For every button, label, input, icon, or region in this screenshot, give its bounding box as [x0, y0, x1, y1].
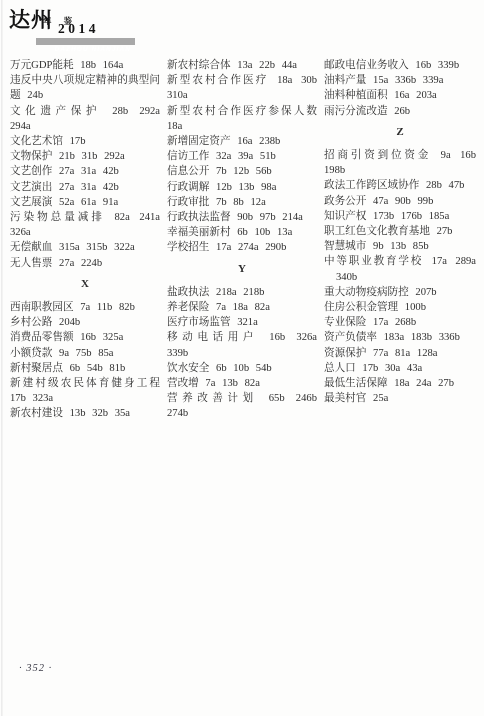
index-entry-line: 雨污分流改造 26b [324, 104, 476, 119]
section-letter: X [10, 277, 160, 292]
index-entry-line: 新型农村合作医疗参保人数 [167, 104, 317, 119]
index-entry-line: 重大动物疫病防控 207b [324, 285, 476, 300]
index-entry-line: 310a [167, 88, 317, 103]
index-column-3: 邮政电信业务收入 16b 339b油料产量 15a 336b 339a油料种植面… [324, 58, 476, 406]
section-letter: Z [324, 125, 476, 140]
index-entry-line: 新村聚居点 6b 54b 81b [10, 361, 160, 376]
index-entry-line: 饮水安全 6b 10b 54b [167, 361, 317, 376]
index-entry-line: 文化遗产保护 28b 292a [10, 104, 160, 119]
index-entry-line: 总人口 17b 30a 43a [324, 361, 476, 376]
index-entry-line: 198b [324, 163, 476, 178]
index-entry-line: 小额贷款 9a 75b 85a [10, 346, 160, 361]
index-entry-line: 政务公开 47a 90b 99b [324, 194, 476, 209]
index-entry-line: 行政执法监督 90b 97b 214a [167, 210, 317, 225]
index-entry-line: 政法工作跨区域协作 28b 47b [324, 178, 476, 193]
index-entry-line: 339b [167, 346, 317, 361]
index-entry-line: 知识产权 173b 176b 185a [324, 209, 476, 224]
index-entry-line: 294a [10, 119, 160, 134]
index-entry-line: 17b 323a [10, 391, 160, 406]
index-entry-line: 招商引资到位资金 9a 16b [324, 148, 476, 163]
index-entry-line: 盐政执法 218a 218b [167, 285, 317, 300]
index-entry-line: 职工红色文化教育基地 27b [324, 224, 476, 239]
index-entry-line: 文艺展演 52a 61a 91a [10, 195, 160, 210]
index-entry-line: 新农村综合体 13a 22b 44a [167, 58, 317, 73]
page-number: · 352 · [19, 663, 52, 674]
index-column-1: 万元GDP能耗 18b 164a违反中央八项规定精神的典型问题 24b文化遗产保… [10, 58, 160, 422]
index-entry-line: 行政调解 12b 13b 98a [167, 180, 317, 195]
section-letter: Y [167, 262, 317, 277]
index-entry-line: 万元GDP能耗 18b 164a [10, 58, 160, 73]
yearbook-index-page: 达州 年 鉴 2014 DAZHOU NIANJIAN 万元GDP能耗 18b … [0, 0, 484, 716]
index-entry-line: 新增固定资产 16a 238b [167, 134, 317, 149]
index-entry-line: 智慧城市 9b 13b 85b [324, 239, 476, 254]
index-entry-line: 326a [10, 225, 160, 240]
index-entry-line: 文物保护 21b 31b 292a [10, 149, 160, 164]
index-entry-line: 学校招生 17a 274a 290b [167, 240, 317, 255]
index-entry-line: 最低生活保障 18a 24a 27b [324, 376, 476, 391]
index-entry-line: 养老保险 7a 18a 82a [167, 300, 317, 315]
yearbook-logo: 达州 年 鉴 2014 DAZHOU NIANJIAN [0, 0, 484, 55]
index-entry-line: 住房公积金管理 100b [324, 300, 476, 315]
index-entry-line: 新农村建设 13b 32b 35a [10, 406, 160, 421]
index-entry-line: 文化艺术馆 17b [10, 134, 160, 149]
index-entry-line: 资源保护 77a 81a 128a [324, 346, 476, 361]
index-entry-line: 专业保险 17a 268b [324, 315, 476, 330]
index-entry-line: 信息公开 7b 12b 56b [167, 164, 317, 179]
index-entry-line: 文艺创作 27a 31a 42b [10, 164, 160, 179]
scan-edge-artifact [1, 0, 3, 716]
index-entry-line: 题 24b [10, 88, 160, 103]
logo-gray-bar: DAZHOU NIANJIAN [36, 38, 135, 46]
index-column-2: 新农村综合体 13a 22b 44a新型农村合作医疗 18a 30b310a新型… [167, 58, 317, 422]
index-entry-line: 污染物总量减排 82a 241a [10, 210, 160, 225]
index-entry-line: 医疗市场监管 321a [167, 315, 317, 330]
index-entry-line: 新建村级农民体育健身工程 [10, 376, 160, 391]
index-entry-line: 无人售票 27a 224b [10, 256, 160, 271]
index-entry-line: 油料产量 15a 336b 339a [324, 73, 476, 88]
index-entry-line: 中等职业教育学校 17a 289a [324, 254, 476, 269]
logo-year: 2014 [58, 21, 106, 39]
index-entry-line: 幸福美丽新村 6b 10b 13a [167, 225, 317, 240]
index-entry-line: 移动电话用户 16b 326a [167, 330, 317, 345]
index-entry-line: 18a [167, 119, 317, 134]
index-entry-line: 油料种植面积 16a 203a [324, 88, 476, 103]
index-entry-line: 乡村公路 204b [10, 315, 160, 330]
index-entry-line: 行政审批 7b 8b 12a [167, 195, 317, 210]
index-entry-line: 营养改善计划 65b 246b [167, 391, 317, 406]
logo-tagline-pinyin: DAZHOU NIANJIAN [55, 46, 135, 53]
index-entry-line: 邮政电信业务收入 16b 339b [324, 58, 476, 73]
index-entry-line: 违反中央八项规定精神的典型问 [10, 73, 160, 88]
index-entry-line: 资产负债率 183a 183b 336b [324, 330, 476, 345]
index-entry-line: 信访工作 32a 39a 51b [167, 149, 317, 164]
index-entry-line: 消费品零售额 16b 325a [10, 330, 160, 345]
index-entry-line: 西南职教园区 7a 11b 82b [10, 300, 160, 315]
index-entry-line: 274b [167, 406, 317, 421]
index-entry-line: 新型农村合作医疗 18a 30b [167, 73, 317, 88]
index-entry-line: 营改增 7a 13b 82a [167, 376, 317, 391]
index-entry-line: 无偿献血 315a 315b 322a [10, 240, 160, 255]
index-entry-line: 文艺演出 27a 31a 42b [10, 180, 160, 195]
index-entry-line: 340b [324, 270, 476, 285]
index-entry-line: 最美村官 25a [324, 391, 476, 406]
